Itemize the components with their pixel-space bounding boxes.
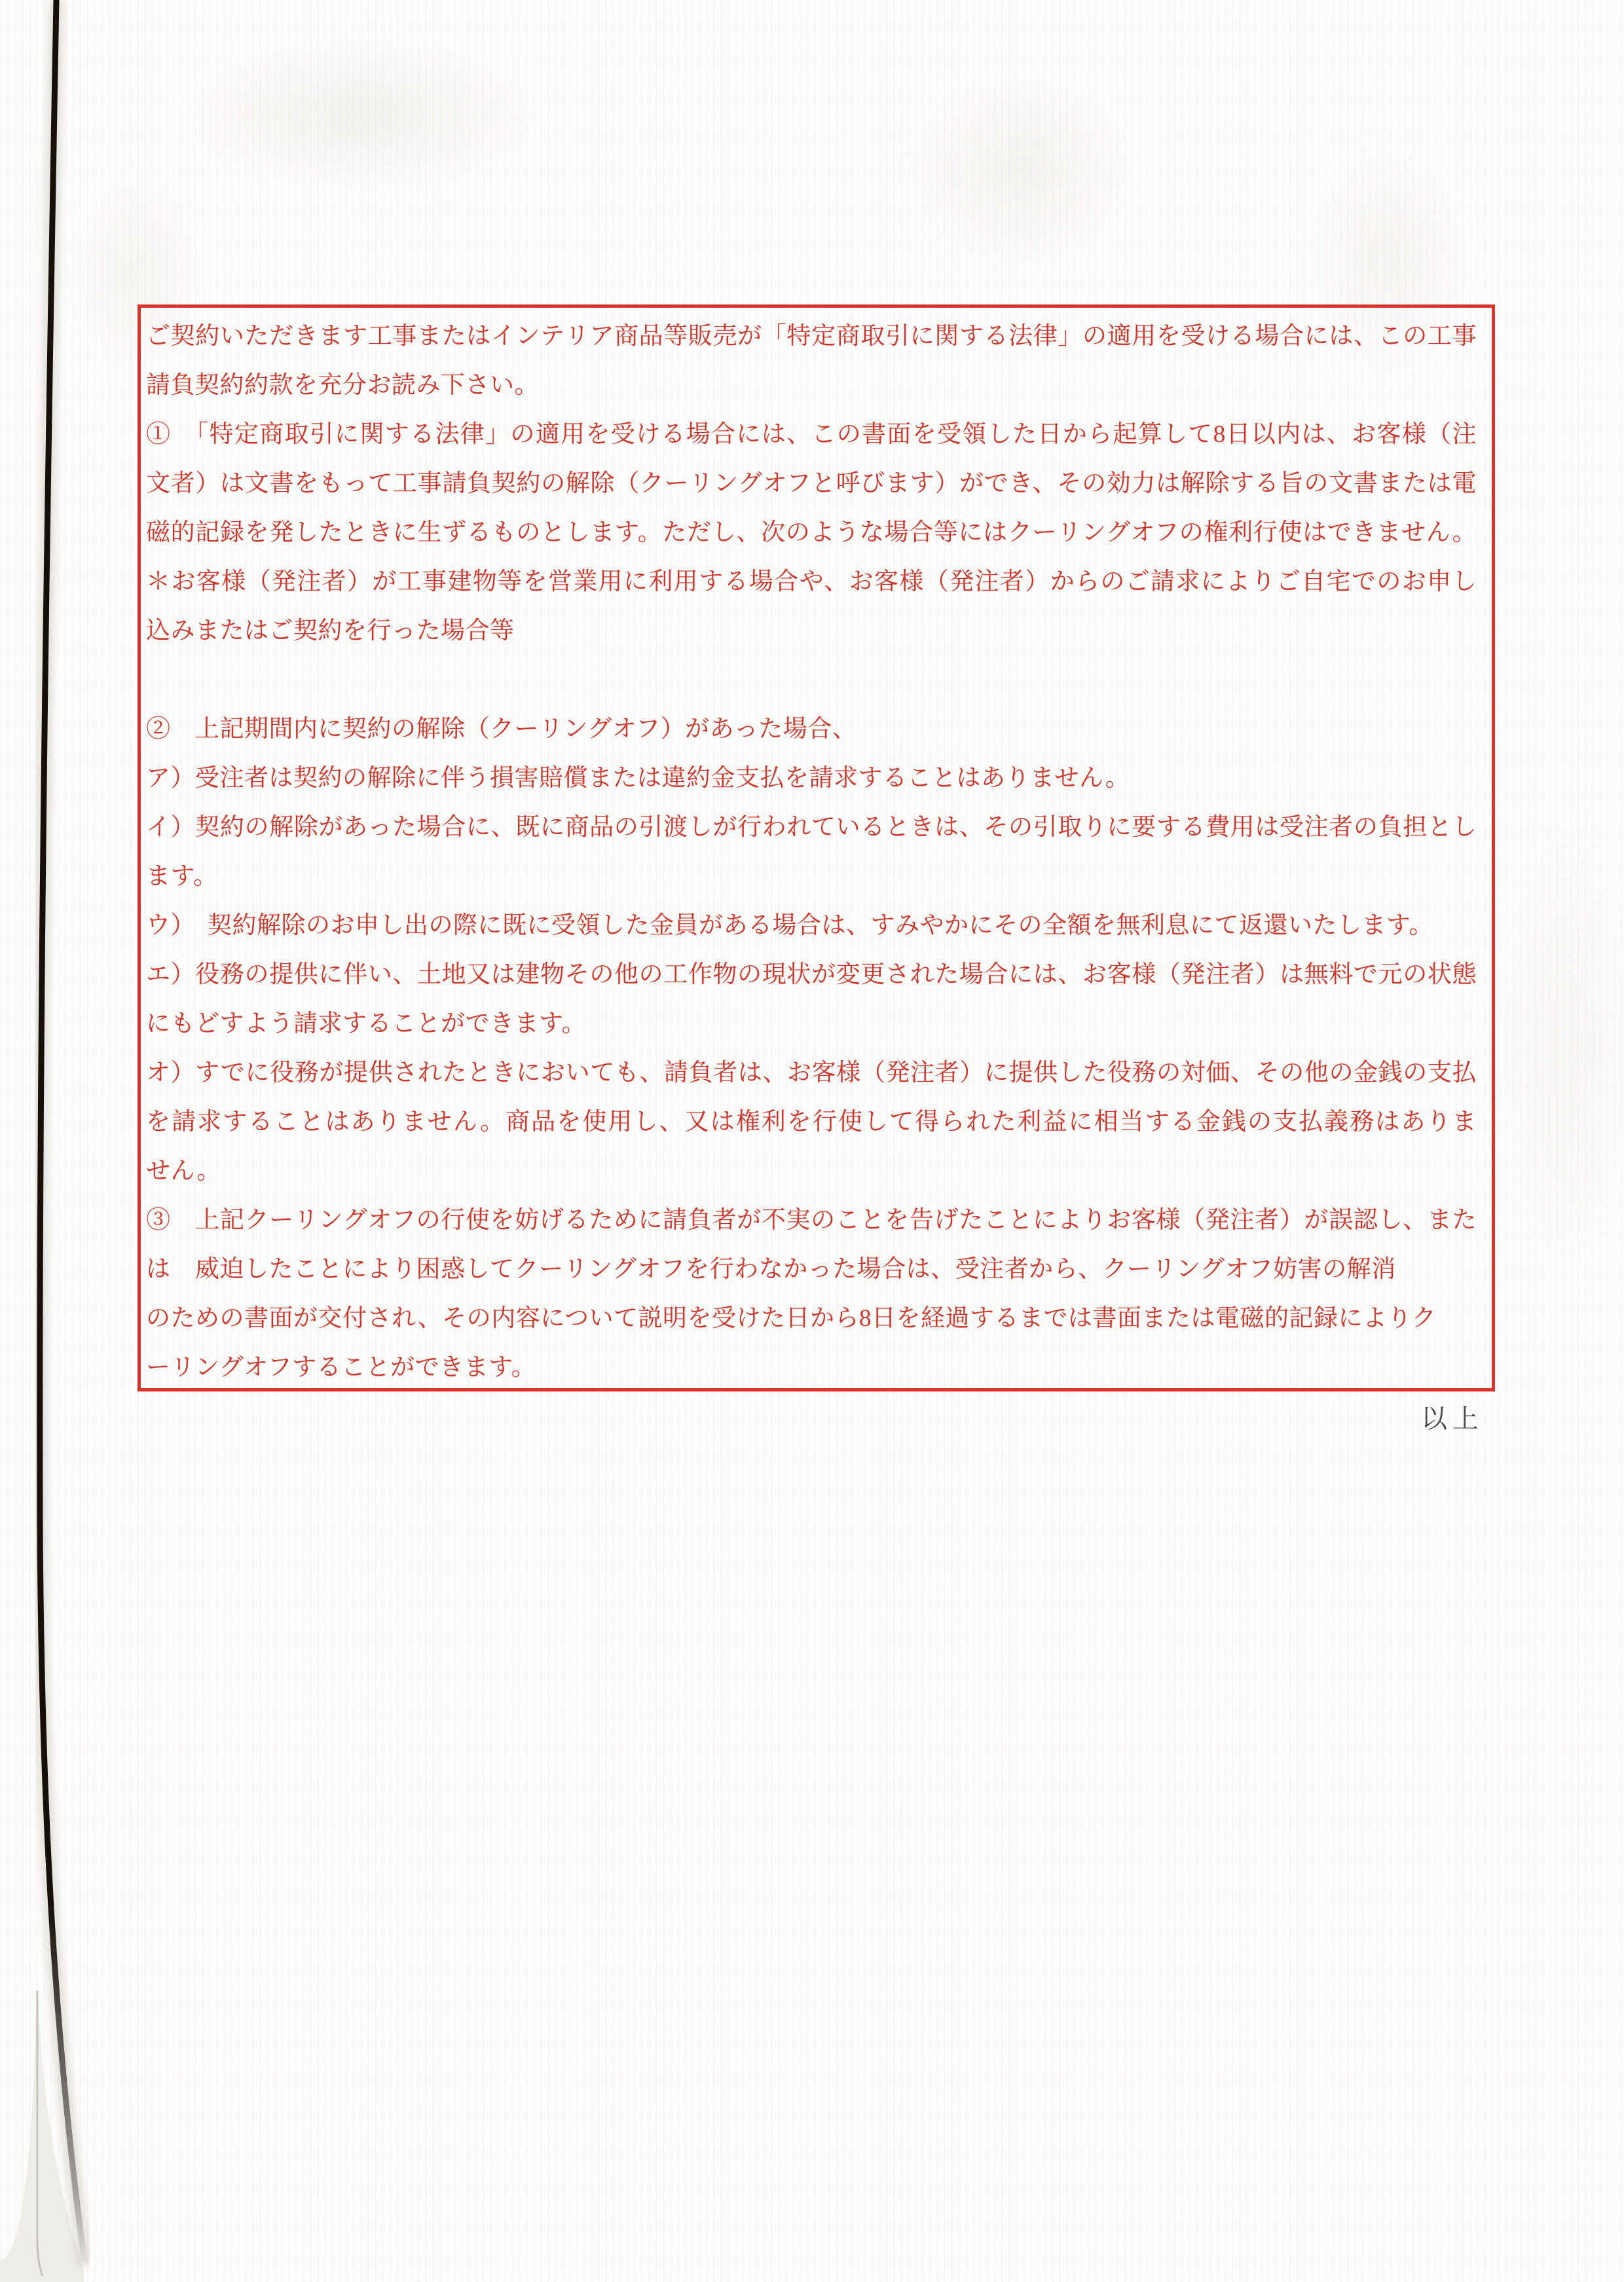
page-edge-wedge xyxy=(0,1991,84,2282)
terms-line-15: にもどすよう請求することができます。 xyxy=(146,999,1477,1048)
scan-artifact xyxy=(1493,819,1624,1277)
page-binding-shadow xyxy=(0,0,131,2282)
page-edge-line xyxy=(37,1991,43,2276)
terms-line-13: ウ） 契約解除のお申し出の際に既に受領した金員がある場合は、すみやかにその全額を… xyxy=(146,901,1477,950)
terms-line-10: ア）受注者は契約の解除に伴う損害賠償または違約金支払を請求することはありません。 xyxy=(146,754,1477,803)
scan-artifact xyxy=(904,72,1139,268)
terms-line-8 xyxy=(146,655,1477,705)
terms-line-9: ② 上記期間内に契約の解除（クーリングオフ）があった場合、 xyxy=(146,705,1477,754)
terms-line-16: オ）すでに役務が提供されたときにおいても、請負者は、お客様（発注者）に提供した役… xyxy=(146,1048,1477,1097)
terms-line-1: ご契約いただきます工事またはインテリア商品等販売が「特定商取引に関する法律」の適… xyxy=(146,312,1477,361)
terms-line-17: を請求することはありません。商品を使用し、又は権利を行使して得られた利益に相当す… xyxy=(146,1097,1477,1147)
terms-line-19: ③ 上記クーリングオフの行使を妨げるために請負者が不実のことを告げたことによりお… xyxy=(146,1196,1477,1245)
terms-line-22: ーリングオフすることができます。 xyxy=(146,1343,1477,1391)
terms-line-14: エ）役務の提供に伴い、土地又は建物その他の工作物の現状が変更された場合には、お客… xyxy=(146,950,1477,999)
terms-line-20: は 威迫したことにより困惑してクーリングオフを行わなかった場合は、受注者から、ク… xyxy=(146,1245,1477,1294)
terms-line-21: のための書面が交付され、その内容について説明を受けた日から8日を経過するまでは書… xyxy=(146,1294,1477,1343)
terms-line-18: せん。 xyxy=(146,1147,1477,1196)
cooling-off-notice-box: ご契約いただきます工事またはインテリア商品等販売が「特定商取引に関する法律」の適… xyxy=(138,304,1495,1391)
terms-line-2: 請負契約約款を充分お読み下さい。 xyxy=(146,361,1477,410)
terms-lines: ご契約いただきます工事またはインテリア商品等販売が「特定商取引に関する法律」の適… xyxy=(146,312,1477,1391)
scanned-contract-page: { "colors": { "page_bg": "#fcfcfa", "tex… xyxy=(0,0,1624,2282)
terms-line-12: ます。 xyxy=(146,852,1477,901)
terms-line-7: 込みまたはご契約を行った場合等 xyxy=(146,606,1477,655)
terms-line-5: 磁的記録を発したときに生ずるものとします。ただし、次のような場合等にはクーリング… xyxy=(146,508,1477,557)
scan-artifact xyxy=(177,39,544,190)
terms-line-4: 文者）は文書をもって工事請負契約の解除（クーリングオフと呼びます）ができ、その効… xyxy=(146,459,1477,508)
terms-line-11: イ）契約の解除があった場合に、既に商品の引渡しが行われているときは、その引取りに… xyxy=(146,803,1477,852)
terms-line-6: ＊お客様（発注者）が工事建物等を営業用に利用する場合や、お客様（発注者）からのご… xyxy=(146,557,1477,606)
terms-line-3: ① 「特定商取引に関する法律」の適用を受ける場合には、この書面を受領した日から起… xyxy=(146,410,1477,459)
closing-mark: 以上 xyxy=(1421,1396,1484,1442)
